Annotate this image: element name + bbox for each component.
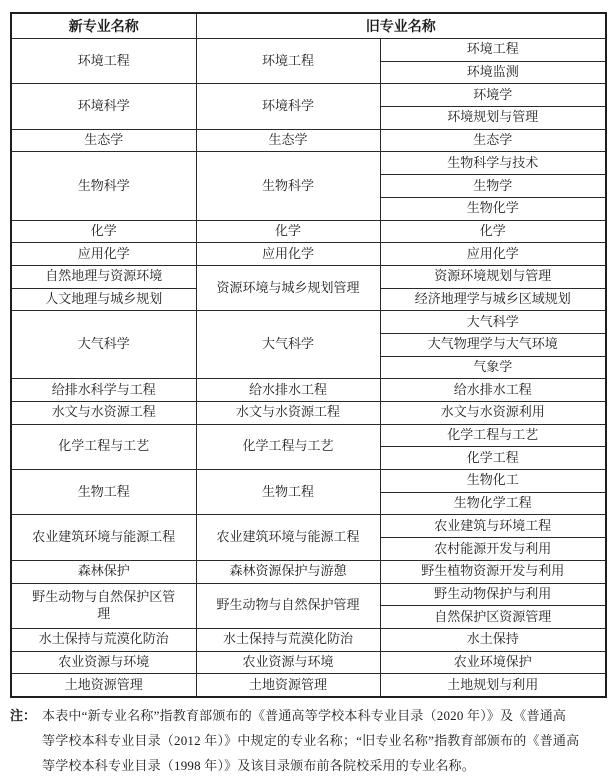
cell-old-variant: 农村能源开发与利用 — [380, 538, 606, 561]
cell-old-variant: 水文与水资源利用 — [380, 402, 606, 425]
cell-old-name: 水文与水资源工程 — [196, 402, 380, 425]
cell-old-variant: 环境监测 — [380, 61, 606, 84]
cell-new-name: 应用化学 — [11, 243, 196, 266]
cell-old-variant: 给水排水工程 — [380, 379, 606, 402]
cell-old-name: 大气科学 — [196, 311, 380, 379]
table-header-row: 新专业名称 旧专业名称 — [11, 13, 606, 39]
table-row: 给排水科学与工程给水排水工程给水排水工程 — [11, 379, 606, 402]
cell-old-variant: 化学工程与工艺 — [380, 424, 606, 447]
table-row: 生态学生态学生态学 — [11, 129, 606, 152]
cell-old-variant: 生态学 — [380, 129, 606, 152]
table-row: 环境工程环境工程环境工程 — [11, 39, 606, 62]
cell-old-variant: 水土保持 — [380, 628, 606, 651]
header-old-name: 旧专业名称 — [196, 13, 606, 39]
cell-new-name: 水土保持与荒漠化防治 — [11, 628, 196, 651]
cell-old-variant: 资源环境规划与管理 — [380, 265, 606, 288]
cell-old-variant: 大气科学 — [380, 311, 606, 334]
cell-new-name: 环境工程 — [11, 39, 196, 84]
cell-old-variant: 农业环境保护 — [380, 651, 606, 674]
cell-old-name: 生物工程 — [196, 470, 380, 515]
cell-old-name: 农业建筑环境与能源工程 — [196, 515, 380, 560]
cell-old-name: 农业资源与环境 — [196, 651, 380, 674]
cell-new-name: 给排水科学与工程 — [11, 379, 196, 402]
cell-old-name: 给水排水工程 — [196, 379, 380, 402]
table-row: 生物科学生物科学生物科学与技术 — [11, 152, 606, 175]
cell-old-variant: 应用化学 — [380, 243, 606, 266]
cell-old-name: 土地资源管理 — [196, 674, 380, 697]
cell-old-variant: 野生动物保护与利用 — [380, 583, 606, 606]
cell-old-variant: 生物科学与技术 — [380, 152, 606, 175]
note-label: 注： — [10, 703, 42, 728]
cell-new-name: 生物工程 — [11, 470, 196, 515]
cell-old-variant: 经济地理学与城乡区域规划 — [380, 288, 606, 311]
cell-old-variant: 化学工程 — [380, 447, 606, 470]
cell-new-name: 森林保护 — [11, 560, 196, 583]
cell-old-name: 生态学 — [196, 129, 380, 152]
cell-old-variant: 自然保护区资源管理 — [380, 606, 606, 629]
cell-old-variant: 环境学 — [380, 84, 606, 107]
cell-new-name: 大气科学 — [11, 311, 196, 379]
cell-old-name: 环境科学 — [196, 84, 380, 129]
table-row: 农业资源与环境农业资源与环境农业环境保护 — [11, 651, 606, 674]
cell-old-variant: 野生植物资源开发与利用 — [380, 560, 606, 583]
cell-new-name: 农业资源与环境 — [11, 651, 196, 674]
page: 新专业名称 旧专业名称 环境工程环境工程环境工程环境监测环境科学环境科学环境学环… — [0, 0, 614, 780]
cell-old-name: 森林资源保护与游憩 — [196, 560, 380, 583]
table-row: 生物工程生物工程生物化工 — [11, 470, 606, 493]
cell-new-name: 化学 — [11, 220, 196, 243]
cell-old-variant: 大气物理学与大气环境 — [380, 333, 606, 356]
note: 注： 本表中“新专业名称”指教育部颁布的《普通高等学校本科专业目录（2020 年… — [10, 703, 608, 778]
cell-old-variant: 生物化工 — [380, 470, 606, 493]
cell-old-name: 水土保持与荒漠化防治 — [196, 628, 380, 651]
cell-old-variant: 环境工程 — [380, 39, 606, 62]
table-row: 土地资源管理土地资源管理土地规划与利用 — [11, 674, 606, 697]
table-row: 自然地理与资源环境资源环境与城乡规划管理资源环境规划与管理 — [11, 265, 606, 288]
cell-old-name: 化学 — [196, 220, 380, 243]
table-row: 水文与水资源工程水文与水资源工程水文与水资源利用 — [11, 402, 606, 425]
table-row: 应用化学应用化学应用化学 — [11, 243, 606, 266]
cell-old-variant: 化学 — [380, 220, 606, 243]
table-row: 农业建筑环境与能源工程农业建筑环境与能源工程农业建筑与环境工程 — [11, 515, 606, 538]
cell-new-name: 化学工程与工艺 — [11, 424, 196, 469]
cell-new-name: 生物科学 — [11, 152, 196, 220]
cell-old-variant: 土地规划与利用 — [380, 674, 606, 697]
major-mapping-table: 新专业名称 旧专业名称 环境工程环境工程环境工程环境监测环境科学环境科学环境学环… — [10, 12, 607, 698]
cell-old-variant: 环境规划与管理 — [380, 107, 606, 130]
table-row: 水土保持与荒漠化防治水土保持与荒漠化防治水土保持 — [11, 628, 606, 651]
header-new-name: 新专业名称 — [11, 13, 196, 39]
cell-new-name: 水文与水资源工程 — [11, 402, 196, 425]
table-row: 环境科学环境科学环境学 — [11, 84, 606, 107]
cell-old-name: 应用化学 — [196, 243, 380, 266]
note-text: 本表中“新专业名称”指教育部颁布的《普通高等学校本科专业目录（2020 年）》及… — [42, 703, 608, 778]
cell-old-name: 资源环境与城乡规划管理 — [196, 265, 380, 310]
cell-new-name: 农业建筑环境与能源工程 — [11, 515, 196, 560]
table-row: 大气科学大气科学大气科学 — [11, 311, 606, 334]
cell-new-name: 生态学 — [11, 129, 196, 152]
table-row: 化学工程与工艺化学工程与工艺化学工程与工艺 — [11, 424, 606, 447]
cell-old-name: 野生动物与自然保护管理 — [196, 583, 380, 628]
cell-new-name: 土地资源管理 — [11, 674, 196, 697]
cell-old-name: 化学工程与工艺 — [196, 424, 380, 469]
table-row: 野生动物与自然保护区管 理野生动物与自然保护管理野生动物保护与利用 — [11, 583, 606, 606]
cell-old-name: 环境工程 — [196, 39, 380, 84]
cell-old-variant: 生物学 — [380, 175, 606, 198]
table-body: 环境工程环境工程环境工程环境监测环境科学环境科学环境学环境规划与管理生态学生态学… — [11, 39, 606, 697]
table-row: 化学化学化学 — [11, 220, 606, 243]
cell-old-variant: 气象学 — [380, 356, 606, 379]
cell-new-name: 环境科学 — [11, 84, 196, 129]
cell-old-name: 生物科学 — [196, 152, 380, 220]
cell-new-name: 人文地理与城乡规划 — [11, 288, 196, 311]
cell-old-variant: 农业建筑与环境工程 — [380, 515, 606, 538]
cell-new-name: 自然地理与资源环境 — [11, 265, 196, 288]
cell-old-variant: 生物化学 — [380, 197, 606, 220]
cell-new-name: 野生动物与自然保护区管 理 — [11, 583, 196, 628]
cell-old-variant: 生物化学工程 — [380, 492, 606, 515]
table-row: 森林保护森林资源保护与游憩野生植物资源开发与利用 — [11, 560, 606, 583]
